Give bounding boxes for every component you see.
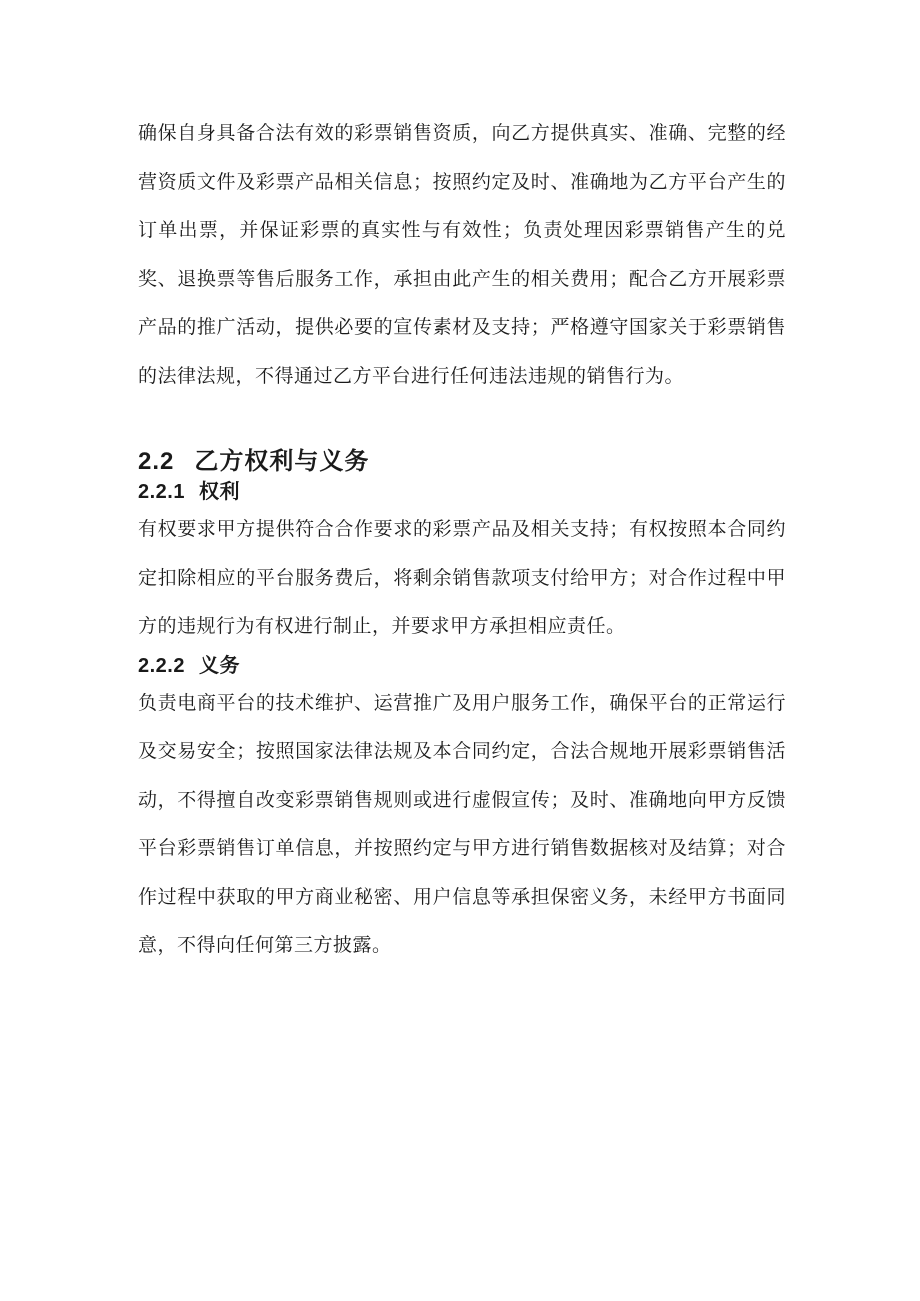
paragraph-party-b-rights: 有权要求甲方提供符合合作要求的彩票产品及相关支持；有权按照本合同约定扣除相应的平…	[138, 506, 786, 652]
section-title: 乙方权利与义务	[194, 448, 369, 475]
subsection-title-duties: 义务	[199, 655, 240, 677]
paragraph-party-b-duties: 负责电商平台的技术维护、运营推广及用户服务工作，确保平台的正常运行及交易安全；按…	[138, 680, 786, 971]
subsection-title-rights: 权利	[199, 481, 240, 503]
subsection-heading-2-2-2: 2.2.2义务	[138, 652, 786, 680]
section-number: 2.2	[138, 448, 174, 475]
document-page: 确保自身具备合法有效的彩票销售资质，向乙方提供真实、准确、完整的经营资质文件及彩…	[0, 0, 920, 1301]
paragraph-party-a-obligations-continuation: 确保自身具备合法有效的彩票销售资质，向乙方提供真实、准确、完整的经营资质文件及彩…	[138, 110, 786, 401]
section-heading-2-2: 2.2乙方权利与义务	[138, 446, 786, 478]
subsection-number-duties: 2.2.2	[138, 655, 185, 677]
subsection-number-rights: 2.2.1	[138, 481, 185, 503]
subsection-heading-2-2-1: 2.2.1权利	[138, 478, 786, 506]
document-content: 确保自身具备合法有效的彩票销售资质，向乙方提供真实、准确、完整的经营资质文件及彩…	[0, 0, 920, 971]
